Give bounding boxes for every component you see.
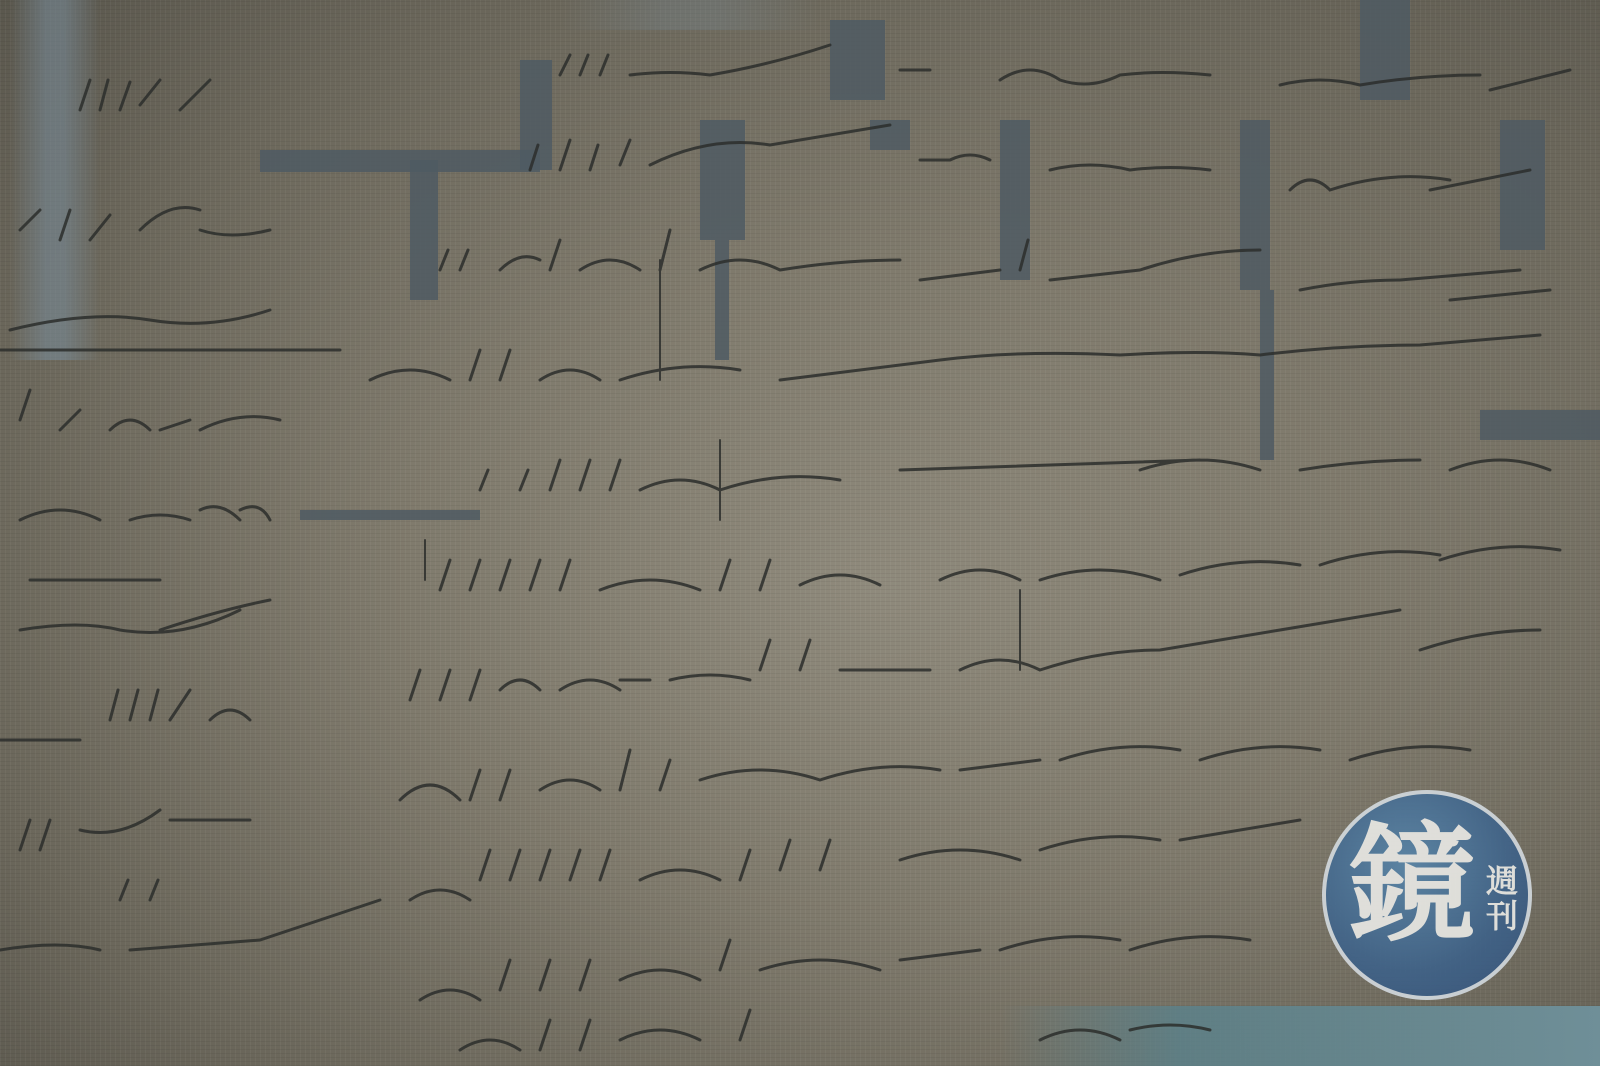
watermark-main-char: 鏡 bbox=[1348, 822, 1476, 950]
mirror-media-watermark-logo: 鏡 週刊 bbox=[1322, 790, 1532, 1000]
watermark-sub-chars: 週刊 bbox=[1486, 864, 1522, 934]
papyrus-photo: 鏡 週刊 bbox=[0, 0, 1600, 1066]
